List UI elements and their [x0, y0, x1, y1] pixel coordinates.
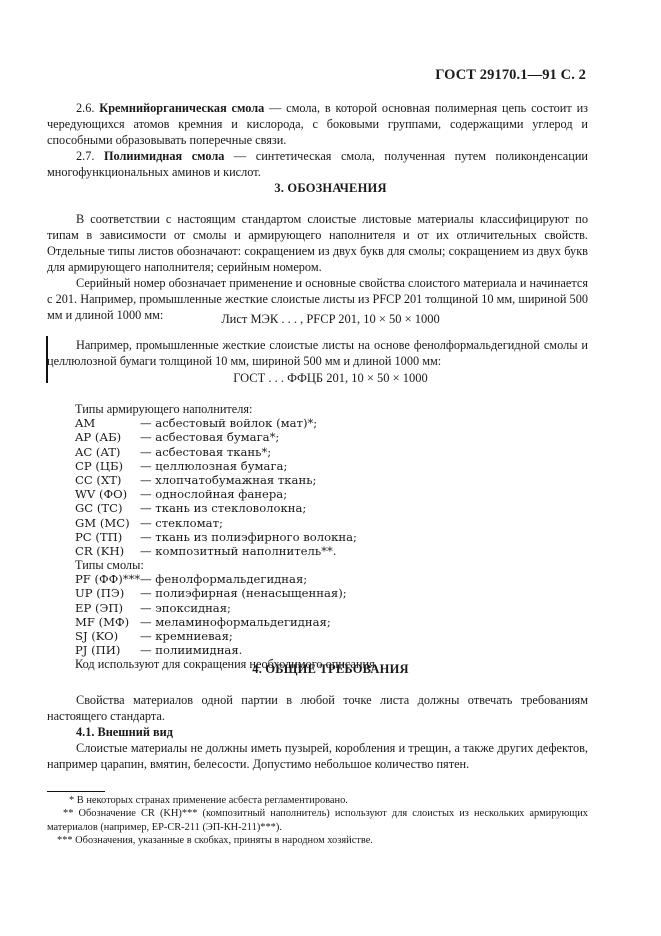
footnote-2: ** Обозначение CR (KH)*** (композитный н… [47, 807, 588, 834]
code-row: UP (ПЭ)— полиэфирная (ненасыщенная); [75, 586, 595, 600]
resin-list: PF (ФФ)***— фенолформальдегидная;UP (ПЭ)… [75, 572, 595, 657]
code-description: — ткань из полиэфирного волокна; [140, 530, 357, 544]
code-abbreviation: PJ (ПИ) [75, 643, 120, 657]
code-description: — эпоксидная; [140, 601, 231, 615]
code-description: — хлопчатобумажная ткань; [140, 473, 316, 487]
definitions-block: 2.6. Кремнийорганическая смола — смола, … [47, 100, 588, 180]
paragraph: Слоистые материалы не должны иметь пузыр… [47, 740, 588, 772]
code-row: AM— асбестовый войлок (мат)*; [75, 416, 595, 430]
code-description: — стекломат; [140, 516, 223, 530]
codes-list: Типы армирующего наполнителя: AM— асбест… [75, 402, 595, 672]
code-description: — ткань из стекловолокна; [140, 501, 306, 515]
definition-number: 2.6. [76, 101, 94, 115]
code-description: — асбестовая ткань*; [140, 445, 271, 459]
formula-example-1: Лист МЭК . . . , PFCP 201, 10 × 50 × 100… [0, 312, 661, 327]
code-row: PF (ФФ)***— фенолформальдегидная; [75, 572, 595, 586]
footnote-1: * В некоторых странах применение асбеста… [47, 794, 588, 807]
code-abbreviation: AP (АБ) [75, 430, 121, 444]
section-4-body: Свойства материалов одной партии в любой… [47, 692, 588, 772]
code-row: WV (ФО)— однослойная фанера; [75, 487, 595, 501]
code-description: — асбестовый войлок (мат)*; [140, 416, 317, 430]
code-row: PC (ТП)— ткань из полиэфирного волокна; [75, 530, 595, 544]
code-row: MF (МФ)— меламиноформальдегидная; [75, 615, 595, 629]
section-3-title: 3. ОБОЗНАЧЕНИЯ [0, 181, 661, 196]
code-row: GM (MC)— стекломат; [75, 516, 595, 530]
code-description: — асбестовая бумага*; [140, 430, 279, 444]
paragraph: Свойства материалов одной партии в любой… [47, 692, 588, 724]
definition-term: Полиимидная смола [104, 149, 224, 163]
code-row: PJ (ПИ)— полиимидная. [75, 643, 595, 657]
footnote-separator [47, 791, 105, 792]
code-abbreviation: GM (MC) [75, 516, 130, 530]
formula-example-2: ГОСТ . . . ФФЦБ 201, 10 × 50 × 1000 [0, 371, 661, 386]
code-row: CP (ЦБ)— целлюлозная бумага; [75, 459, 595, 473]
filler-list: AM— асбестовый войлок (мат)*;AP (АБ)— ас… [75, 416, 595, 558]
code-abbreviation: WV (ФО) [75, 487, 127, 501]
code-row: CC (XT)— хлопчатобумажная ткань; [75, 473, 595, 487]
document-page: ГОСТ 29170.1—91 С. 2 2.6. Кремнийорганич… [0, 0, 661, 936]
code-description: — композитный наполнитель**. [140, 544, 336, 558]
page-header: ГОСТ 29170.1—91 С. 2 [435, 67, 586, 84]
code-row: AC (AT)— асбестовая ткань*; [75, 445, 595, 459]
code-abbreviation: EP (ЭП) [75, 601, 123, 615]
code-row: EP (ЭП)— эпоксидная; [75, 601, 595, 615]
subsection-4-1-title: 4.1. Внешний вид [47, 724, 588, 740]
section-3-intro: В соответствии с настоящим стандартом сл… [47, 211, 588, 323]
code-abbreviation: AC (AT) [75, 445, 120, 459]
code-abbreviation: PC (ТП) [75, 530, 122, 544]
code-description: — фенолформальдегидная; [140, 572, 307, 586]
code-abbreviation: MF (МФ) [75, 615, 129, 629]
code-abbreviation: AM [75, 416, 95, 430]
code-row: SJ (KO)— кремниевая; [75, 629, 595, 643]
code-description: — меламиноформальдегидная; [140, 615, 331, 629]
footnotes: * В некоторых странах применение асбеста… [47, 794, 588, 848]
code-description: — однослойная фанера; [140, 487, 287, 501]
section-3-example: Например, промышленные жесткие слоистые … [47, 337, 588, 369]
code-abbreviation: CP (ЦБ) [75, 459, 123, 473]
resin-caption: Типы смолы: [75, 558, 595, 572]
code-abbreviation: CC (XT) [75, 473, 121, 487]
code-description: — целлюлозная бумага; [140, 459, 287, 473]
code-description: — кремниевая; [140, 629, 233, 643]
code-abbreviation: PF (ФФ)*** [75, 572, 140, 586]
paragraph: Например, промышленные жесткие слоистые … [47, 337, 588, 369]
definition-term: Кремнийорганическая смола [99, 101, 264, 115]
code-abbreviation: CR (KH) [75, 544, 124, 558]
code-abbreviation: UP (ПЭ) [75, 586, 124, 600]
code-row: CR (KH)— композитный наполнитель**. [75, 544, 595, 558]
code-row: GC (TC)— ткань из стекловолокна; [75, 501, 595, 515]
code-abbreviation: GC (TC) [75, 501, 122, 515]
code-description: — полиимидная. [140, 643, 242, 657]
code-abbreviation: SJ (KO) [75, 629, 118, 643]
section-4-title: 4. ОБЩИЕ ТРЕБОВАНИЯ [0, 662, 661, 677]
definition-2-6: 2.6. Кремнийорганическая смола — смола, … [47, 100, 588, 148]
code-row: AP (АБ)— асбестовая бумага*; [75, 430, 595, 444]
paragraph: В соответствии с настоящим стандартом сл… [47, 211, 588, 275]
definition-2-7: 2.7. Полиимидная смола — синтетическая с… [47, 148, 588, 180]
code-description: — полиэфирная (ненасыщенная); [140, 586, 347, 600]
footnote-3: *** Обозначения, указанные в скобках, пр… [47, 834, 588, 847]
filler-caption: Типы армирующего наполнителя: [75, 402, 595, 416]
definition-number: 2.7. [76, 149, 94, 163]
